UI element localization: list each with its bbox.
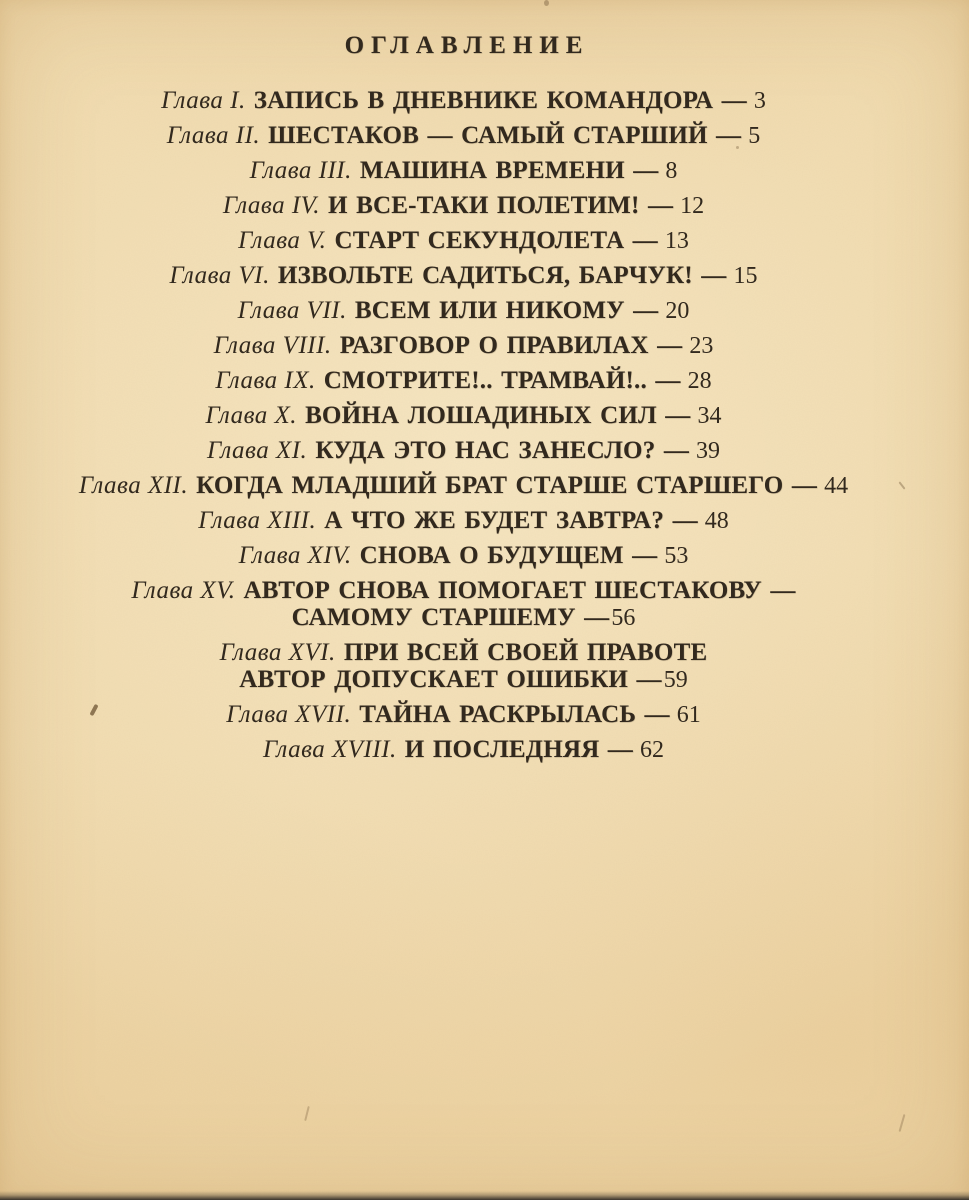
chapter-label: Глава III. (250, 157, 352, 184)
paper-fiber (304, 1106, 310, 1121)
toc-entry: Глава IV.И ВСЕ-ТАКИ ПОЛЕТИМ! —12 (0, 192, 927, 220)
chapter-title: ТАЙНА РАСКРЫЛАСЬ — (359, 701, 669, 728)
chapter-title: КОГДА МЛАДШИЙ БРАТ СТАРШЕ СТАРШЕГО — (196, 472, 817, 499)
toc-entries: Глава I.ЗАПИСЬ В ДНЕВНИКЕ КОМАНДОРА —3 Г… (0, 87, 927, 764)
toc-entry-line: Глава X.ВОЙНА ЛОШАДИНЫХ СИЛ —34 (0, 402, 927, 430)
chapter-label: Глава IV. (223, 192, 320, 219)
chapter-title: И ВСЕ-ТАКИ ПОЛЕТИМ! — (328, 192, 673, 219)
toc-entry: Глава XI.КУДА ЭТО НАС ЗАНЕСЛО? —39 (0, 437, 927, 465)
chapter-title: ЗАПИСЬ В ДНЕВНИКЕ КОМАНДОРА — (254, 87, 747, 114)
book-page: ОГЛАВЛЕНИЕ Глава I.ЗАПИСЬ В ДНЕВНИКЕ КОМ… (0, 0, 969, 1200)
toc-entry: Глава XIV.СНОВА О БУДУЩЕМ —53 (0, 542, 927, 570)
chapter-label: Глава VI. (170, 262, 270, 289)
chapter-label: Глава II. (167, 122, 260, 149)
toc-entry-line: Глава XV.АВТОР СНОВА ПОМОГАЕТ ШЕСТАКОВУ … (0, 577, 927, 604)
toc-entry: Глава III.МАШИНА ВРЕМЕНИ —8 (0, 157, 927, 185)
page-number: 53 (664, 543, 688, 569)
chapter-title: АВТОР СНОВА ПОМОГАЕТ ШЕСТАКОВУ — (244, 577, 796, 604)
page-number: 61 (677, 702, 701, 728)
toc-entry-line: Глава VII.ВСЕМ ИЛИ НИКОМУ —20 (0, 297, 927, 325)
chapter-title: РАЗГОВОР О ПРАВИЛАХ — (340, 332, 683, 359)
page-number: 39 (696, 438, 720, 464)
chapter-label: Глава V. (238, 227, 326, 254)
chapter-title-continued: САМОМУ СТАРШЕМУ — (292, 604, 610, 631)
toc-entry: Глава VIII.РАЗГОВОР О ПРАВИЛАХ —23 (0, 332, 927, 360)
toc-entry-line: Глава XVI.ПРИ ВСЕЙ СВОЕЙ ПРАВОТЕ (0, 639, 927, 666)
toc-entry-line-continued: САМОМУ СТАРШЕМУ —56 (0, 604, 927, 632)
toc-entry-line-continued: АВТОР ДОПУСКАЕТ ОШИБКИ —59 (0, 666, 927, 694)
toc-entry-line: Глава III.МАШИНА ВРЕМЕНИ —8 (0, 157, 927, 185)
toc-entry-line: Глава XVII.ТАЙНА РАСКРЫЛАСЬ —61 (0, 701, 927, 729)
toc-entry-line: Глава XVIII.И ПОСЛЕДНЯЯ —62 (0, 736, 927, 764)
paper-fiber (899, 1114, 906, 1132)
chapter-label: Глава X. (206, 402, 298, 429)
page-number: 13 (665, 228, 689, 254)
toc-entry: Глава VI.ИЗВОЛЬТЕ САДИТЬСЯ, БАРЧУК! —15 (0, 262, 927, 290)
chapter-label: Глава VIII. (214, 332, 332, 359)
chapter-title: ВСЕМ ИЛИ НИКОМУ — (355, 297, 658, 324)
toc-entry: Глава I.ЗАПИСЬ В ДНЕВНИКЕ КОМАНДОРА —3 (0, 87, 927, 115)
toc-entry: Глава V.СТАРТ СЕКУНДОЛЕТА —13 (0, 227, 927, 255)
toc-entry-line: Глава XIII.А ЧТО ЖЕ БУДЕТ ЗАВТРА? —48 (0, 507, 927, 535)
toc-entry: Глава VII.ВСЕМ ИЛИ НИКОМУ —20 (0, 297, 927, 325)
page-number: 34 (697, 403, 721, 429)
page-number: 48 (705, 508, 729, 534)
table-of-contents: ОГЛАВЛЕНИЕ Глава I.ЗАПИСЬ В ДНЕВНИКЕ КОМ… (0, 0, 927, 764)
chapter-title: И ПОСЛЕДНЯЯ — (405, 736, 633, 763)
toc-entry: Глава X.ВОЙНА ЛОШАДИНЫХ СИЛ —34 (0, 402, 927, 430)
toc-entry-line: Глава IX.СМОТРИТЕ!.. ТРАМВАЙ!.. —28 (0, 367, 927, 395)
toc-entry: Глава IX.СМОТРИТЕ!.. ТРАМВАЙ!.. —28 (0, 367, 927, 395)
chapter-label: Глава XIII. (198, 507, 316, 534)
page-number: 23 (689, 333, 713, 359)
chapter-title: ВОЙНА ЛОШАДИНЫХ СИЛ — (305, 402, 690, 429)
chapter-title: МАШИНА ВРЕМЕНИ — (360, 157, 659, 184)
chapter-title: ШЕСТАКОВ — САМЫЙ СТАРШИЙ — (268, 122, 741, 149)
page-number: 20 (665, 298, 689, 324)
chapter-label: Глава XVII. (226, 701, 351, 728)
chapter-title: ПРИ ВСЕЙ СВОЕЙ ПРАВОТЕ (344, 639, 708, 666)
chapter-title-continued: АВТОР ДОПУСКАЕТ ОШИБКИ — (239, 666, 661, 693)
toc-entry-line: Глава VI.ИЗВОЛЬТЕ САДИТЬСЯ, БАРЧУК! —15 (0, 262, 927, 290)
toc-entry: Глава XIII.А ЧТО ЖЕ БУДЕТ ЗАВТРА? —48 (0, 507, 927, 535)
chapter-label: Глава I. (161, 87, 246, 114)
page-number: 8 (665, 158, 677, 184)
chapter-label: Глава XVIII. (263, 736, 397, 763)
toc-entry: Глава XVII.ТАЙНА РАСКРЫЛАСЬ —61 (0, 701, 927, 729)
page-number: 3 (754, 88, 766, 114)
toc-entry-line: Глава VIII.РАЗГОВОР О ПРАВИЛАХ —23 (0, 332, 927, 360)
chapter-label: Глава IX. (215, 367, 315, 394)
toc-entry: Глава XII.КОГДА МЛАДШИЙ БРАТ СТАРШЕ СТАР… (0, 472, 927, 500)
page-title: ОГЛАВЛЕНИЕ (0, 32, 927, 60)
chapter-label: Глава XI. (207, 437, 307, 464)
toc-entry-line: Глава XIV.СНОВА О БУДУЩЕМ —53 (0, 542, 927, 570)
chapter-label: Глава XII. (79, 472, 188, 499)
toc-entry-line: Глава V.СТАРТ СЕКУНДОЛЕТА —13 (0, 227, 927, 255)
toc-entry-line: Глава I.ЗАПИСЬ В ДНЕВНИКЕ КОМАНДОРА —3 (0, 87, 927, 115)
toc-entry-line: Глава XI.КУДА ЭТО НАС ЗАНЕСЛО? —39 (0, 437, 927, 465)
page-number: 44 (824, 473, 848, 499)
toc-entry-line: Глава XII.КОГДА МЛАДШИЙ БРАТ СТАРШЕ СТАР… (0, 472, 927, 500)
chapter-title: ИЗВОЛЬТЕ САДИТЬСЯ, БАРЧУК! — (278, 262, 727, 289)
toc-entry-line: Глава II.ШЕСТАКОВ — САМЫЙ СТАРШИЙ —5 (0, 122, 927, 150)
page-number: 15 (734, 263, 758, 289)
page-number: 62 (640, 737, 664, 763)
toc-entry: Глава XVIII.И ПОСЛЕДНЯЯ —62 (0, 736, 927, 764)
chapter-label: Глава VII. (238, 297, 347, 324)
chapter-title: СНОВА О БУДУЩЕМ — (360, 542, 658, 569)
chapter-label: Глава XIV. (239, 542, 352, 569)
page-number: 56 (611, 605, 635, 631)
page-number: 5 (748, 123, 760, 149)
chapter-title: СТАРТ СЕКУНДОЛЕТА — (334, 227, 657, 254)
chapter-title: А ЧТО ЖЕ БУДЕТ ЗАВТРА? — (324, 507, 698, 534)
toc-entry: Глава II.ШЕСТАКОВ — САМЫЙ СТАРШИЙ —5 (0, 122, 927, 150)
page-number: 59 (664, 667, 688, 693)
page-number: 12 (680, 193, 704, 219)
chapter-label: Глава XV. (131, 577, 235, 604)
scan-bottom-edge (0, 1191, 969, 1200)
chapter-label: Глава XVI. (220, 639, 336, 666)
chapter-title: КУДА ЭТО НАС ЗАНЕСЛО? — (315, 437, 689, 464)
chapter-title: СМОТРИТЕ!.. ТРАМВАЙ!.. — (324, 367, 681, 394)
toc-entry: Глава XV.АВТОР СНОВА ПОМОГАЕТ ШЕСТАКОВУ … (0, 577, 927, 632)
toc-entry-line: Глава IV.И ВСЕ-ТАКИ ПОЛЕТИМ! —12 (0, 192, 927, 220)
toc-entry: Глава XVI.ПРИ ВСЕЙ СВОЕЙ ПРАВОТЕ АВТОР Д… (0, 639, 927, 694)
page-number: 28 (688, 368, 712, 394)
